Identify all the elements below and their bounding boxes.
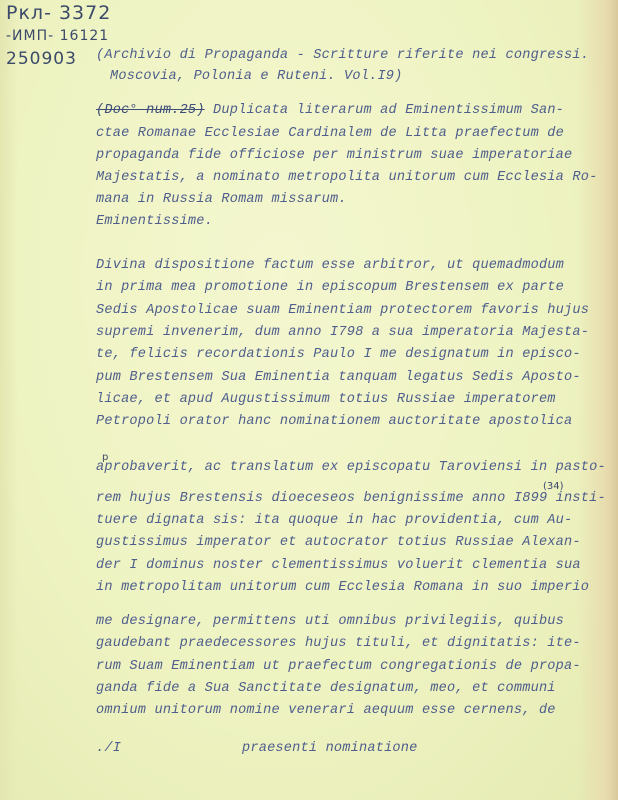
- body-line: supremi invenerim, dum anno I798 a sua i…: [96, 325, 589, 340]
- archive-mark-1: Pкл- 3372: [6, 2, 111, 24]
- title-line-2: ctae Romanae Ecclesiae Cardinalem de Lit…: [96, 126, 564, 141]
- body-line: gustissimus imperator et autocrator toti…: [96, 535, 581, 550]
- salutation: Eminentissime.: [96, 214, 213, 229]
- body-line: gaudebant praedecessores hujus tituli, e…: [96, 636, 581, 651]
- body-line: tuere dignata sis: ita quoque in hac pro…: [96, 513, 572, 528]
- body-line: licae, et apud Augustissimum totius Russ…: [96, 392, 556, 407]
- body-line: rem hujus Brestensis dioeceseos benignis…: [96, 491, 606, 506]
- archive-mark-2: -ИМП- 16121: [6, 28, 109, 44]
- header-line-1: (Archivio di Propaganda - Scritture rife…: [96, 48, 589, 63]
- title-line-3: propaganda fide officiose per ministrum …: [96, 148, 572, 163]
- paper-edge-left: [0, 0, 18, 800]
- struck-reference: (Doc° num.25): [96, 103, 205, 118]
- body-line: pum Brestensem Sua Eminentia tanquam leg…: [96, 370, 581, 385]
- body-line: Petropoli orator hanc nominationem aucto…: [96, 414, 572, 429]
- archive-mark-3: 250903: [6, 49, 77, 69]
- header-line-2: Moscovia, Polonia e Ruteni. Vol.I9): [110, 69, 403, 84]
- title-line-5: mana in Russia Romam missarum.: [96, 192, 347, 207]
- body-line: omnium unitorum nomine venerari aequum e…: [96, 703, 556, 718]
- body-line: aprobaverit, ac translatum ex episcopatu…: [96, 460, 606, 475]
- body-line: der I dominus noster clementissimus volu…: [96, 558, 581, 573]
- title-line-4: Majestatis, a nominato metropolita unito…: [96, 170, 597, 185]
- title-line-1-text: Duplicata literarum ad Eminentissimum Sa…: [205, 103, 564, 118]
- body-line: me designare, permittens uti omnibus pri…: [96, 614, 564, 629]
- body-line: Sedis Apostolicae suam Eminentiam protec…: [96, 303, 589, 318]
- body-line: in prima mea promotione in episcopum Bre…: [96, 280, 564, 295]
- page-marker: ./I: [96, 741, 121, 756]
- body-line: in metropolitam unitorum cum Ecclesia Ro…: [96, 580, 589, 595]
- paper-edge-right: [578, 0, 618, 800]
- title-line-1: (Doc° num.25) Duplicata literarum ad Emi…: [96, 103, 564, 118]
- body-line: te, felicis recordationis Paulo I me des…: [96, 347, 581, 362]
- body-line: rum Suam Eminentiam ut praefectum congre…: [96, 659, 581, 674]
- body-line: ganda fide a Sua Sanctitate designatum, …: [96, 681, 556, 696]
- body-line: Divina dispositione factum esse arbitror…: [96, 258, 564, 273]
- catchword: praesenti nominatione: [242, 741, 418, 756]
